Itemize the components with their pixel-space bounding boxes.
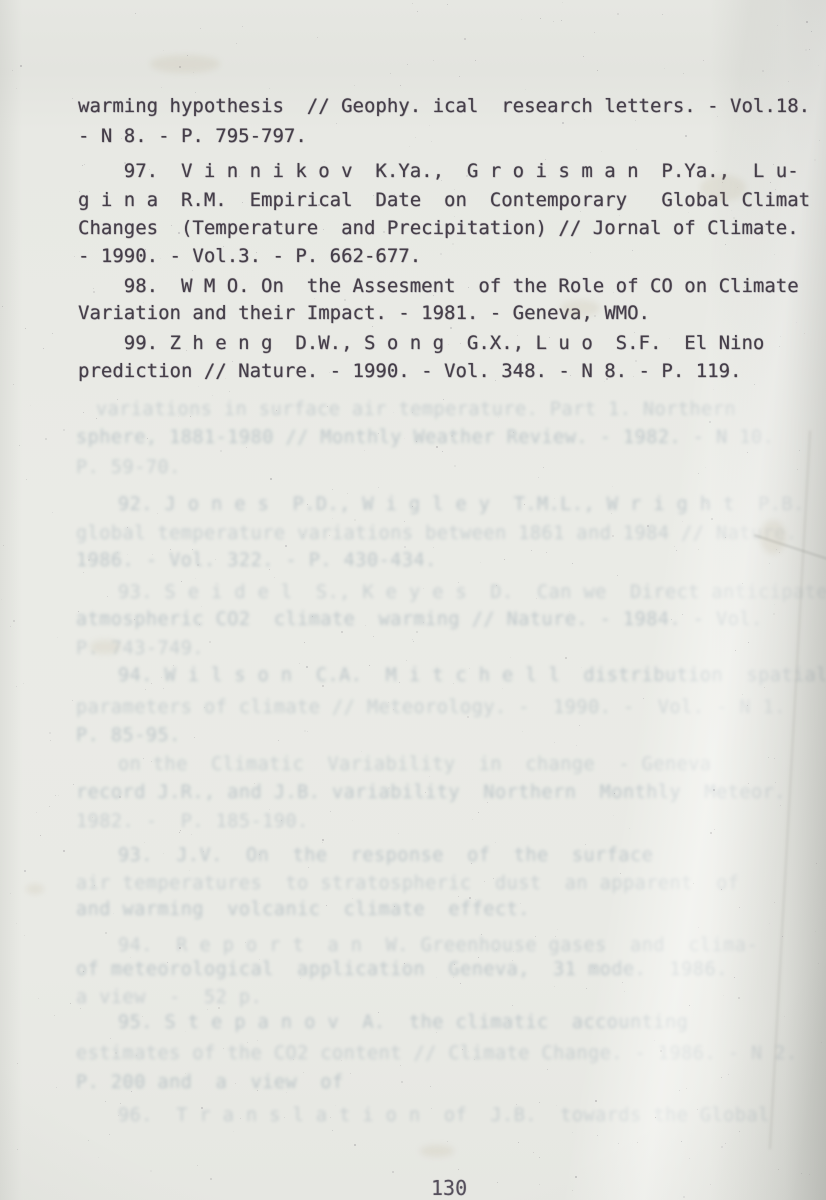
scanned-page: { "page_number": "130", "colors": { "pap…	[0, 0, 826, 1200]
ghost-line: record J.R., and J.B. variability Northe…	[76, 783, 786, 802]
ghost-line: P. 59-70.	[76, 458, 181, 477]
ghost-line: 95. S t e p a n o v A. the climatic acco…	[118, 1013, 688, 1032]
ghost-line: 96. T r a n s l a t i o n of J.B. toward…	[118, 1106, 770, 1125]
reference-line: prediction // Nature. - 1990. - Vol. 348…	[78, 362, 741, 381]
ghost-line: 1986. - Vol. 322. - P. 430-434.	[76, 551, 437, 570]
reference-line: - 1990. - Vol.3. - P. 662-677.	[78, 247, 421, 266]
ghost-line: and warming volcanic climate effect.	[76, 900, 530, 919]
ghost-line: P. 743-749.	[76, 639, 204, 658]
references-text: warming hypothesis // Geophy. ical resea…	[0, 0, 826, 1200]
ghost-line: P. 85-95.	[76, 726, 181, 745]
ghost-line: air temperatures to stratospheric dust a…	[76, 874, 739, 893]
ghost-line: sphere, 1881-1980 // Monthly Weather Rev…	[76, 428, 774, 447]
ghost-line: global temperature variations between 18…	[76, 524, 798, 543]
ghost-line: parameters of climate // Meteorology. - …	[76, 698, 786, 717]
ghost-line: estimates of the CO2 content // Climate …	[76, 1044, 798, 1063]
ghost-line: 92. J o n e s P.D., W i g l e y T.M.L., …	[118, 495, 805, 514]
page-number: 130	[431, 1178, 467, 1198]
reference-line: 97. V i n n i k o v K.Ya., G r o i s m a…	[78, 162, 799, 181]
reference-line: Changes (Temperature and Precipitation) …	[78, 219, 799, 238]
reference-line: 98. W M O. On the Assesment of the Role …	[78, 277, 799, 296]
crease-fold-mark	[754, 534, 826, 564]
paper-noise	[0, 0, 826, 1200]
ghost-line: on the Climatic Variability in change - …	[118, 755, 712, 774]
ghost-line: 94. R e p o r t a n W. Greenhouse gases …	[118, 936, 758, 955]
reference-line: g i n a R.M. Empirical Date on Contempor…	[78, 191, 810, 210]
crease-line	[769, 431, 811, 1150]
reference-line: - N 8. - P. 795-797.	[78, 127, 307, 146]
page-curl-shadow	[0, 0, 826, 1200]
ghost-line: atmospheric CO2 climate warming // Natur…	[76, 610, 763, 629]
ghost-line: 93. J.V. On the response of the surface	[118, 846, 653, 865]
ghost-line: P. 200 and a view of	[76, 1073, 344, 1092]
ghost-line: 1982. - P. 185-190.	[76, 812, 309, 831]
reference-line: warming hypothesis // Geophy. ical resea…	[78, 97, 810, 116]
bleed-through-layer: variations in surface air temperature. P…	[0, 0, 826, 1200]
ghost-line: a view - 52 p.	[76, 988, 262, 1007]
scan-vignette	[0, 0, 826, 1200]
page-fold-sheen	[0, 0, 826, 1200]
ghost-line: variations in surface air temperature. P…	[96, 400, 736, 419]
ghost-line: 94. W i l s o n C.A. M i t c h e l l dis…	[118, 666, 826, 685]
reference-line: Variation and their Impact. - 1981. - Ge…	[78, 304, 650, 323]
ghost-line: 93. S e i d e l S., K e y e s D. Can we …	[118, 583, 826, 602]
ghost-line: of meteorological application Geneva, 31…	[76, 960, 728, 979]
reference-line: 99. Z h e n g D.W., S o n g G.X., L u o …	[78, 334, 764, 353]
